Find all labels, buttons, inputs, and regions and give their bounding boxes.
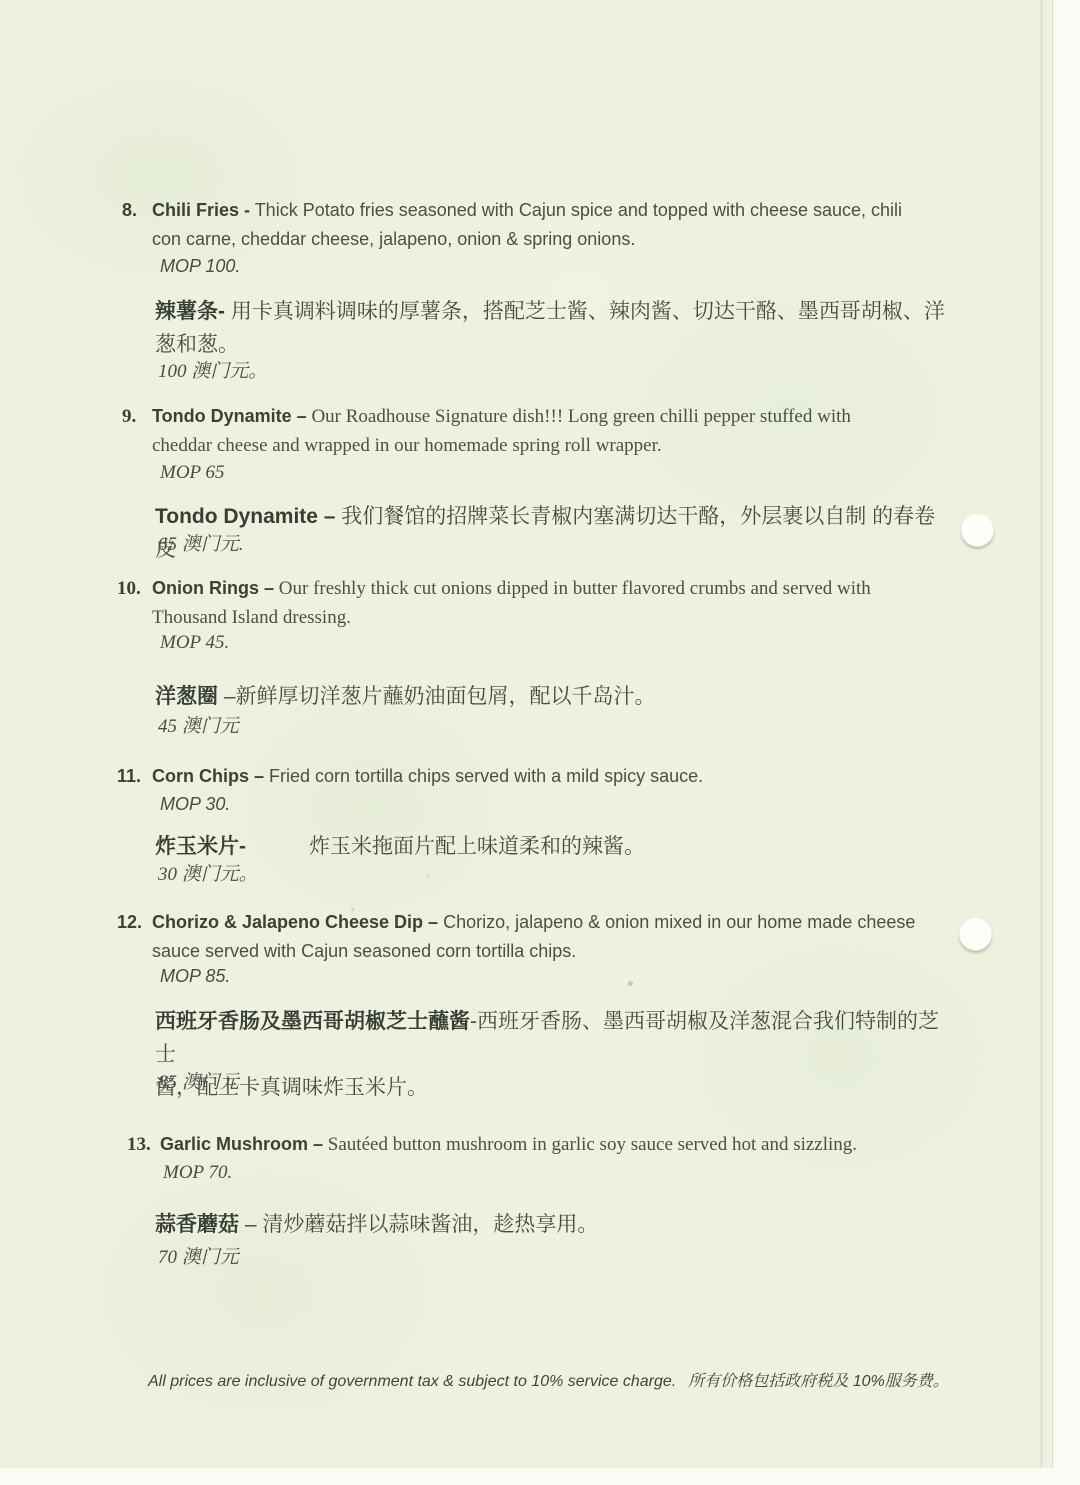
footer-note: All prices are inclusive of government t…: [148, 1368, 949, 1395]
item-price-zh: 70 澳门元: [158, 1243, 239, 1272]
item-title-zh: 炸玉米片-: [155, 835, 246, 858]
item-description-zh: – 清炒蘑菇拌以蒜味酱油，趁热享用。: [239, 1213, 598, 1236]
item-price-en: MOP 100.: [160, 252, 240, 281]
item-text-zh: Tondo Dynamite – 我们餐馆的招牌菜长青椒内塞满切达干酪，外层裹以…: [155, 500, 955, 566]
footer-note-zh: 所有价格包括政府税及 10%服务费。: [688, 1373, 948, 1390]
item-number: 11.: [117, 762, 141, 791]
paper-speck: [427, 875, 430, 878]
footer-note-en: All prices are inclusive of government t…: [148, 1373, 676, 1390]
paper-speck: [351, 908, 354, 911]
item-title: Chorizo & Jalapeno Cheese Dip –: [152, 912, 438, 932]
item-description-zh: –新鲜厚切洋葱片蘸奶油面包屑，配以千岛汁。: [218, 685, 656, 708]
item-title-zh: 西班牙香肠及墨西哥胡椒芝士蘸酱: [155, 1010, 470, 1033]
item-number: 8.: [122, 196, 137, 225]
item-text-en: Chili Fries - Thick Potato fries seasone…: [152, 196, 982, 254]
item-description-zh: 炸玉米拖面片配上味道柔和的辣酱。: [246, 835, 645, 858]
item-text-zh: 洋葱圈 –新鲜厚切洋葱片蘸奶油面包屑，配以千岛汁。: [155, 680, 955, 713]
item-number: 12.: [117, 908, 142, 937]
item-price-zh: 65 澳门元.: [158, 530, 244, 559]
item-number: 9.: [122, 402, 136, 431]
item-description: Fried corn tortilla chips served with a …: [264, 766, 703, 786]
item-text-en: Chorizo & Jalapeno Cheese Dip – Chorizo,…: [152, 908, 982, 966]
item-price-zh: 45 澳门元: [158, 712, 239, 741]
paper-speck: [628, 981, 633, 986]
item-text-en: Onion Rings – Our freshly thick cut onio…: [152, 574, 982, 632]
item-text-zh: 辣薯条- 用卡真调料调味的厚薯条，搭配芝士酱、辣肉酱、切达干酪、墨西哥胡椒、洋 …: [155, 295, 955, 361]
item-title: Corn Chips –: [152, 766, 264, 786]
item-title-zh: 蒜香蘑菇: [155, 1213, 239, 1236]
item-title: Onion Rings –: [152, 578, 274, 598]
item-text-en: Corn Chips – Fried corn tortilla chips s…: [152, 762, 982, 791]
item-text-zh: 西班牙香肠及墨西哥胡椒芝士蘸酱-西班牙香肠、墨西哥胡椒及洋葱混合我们特制的芝士 …: [155, 1005, 955, 1104]
item-title: Chili Fries -: [152, 200, 250, 220]
item-price-zh: 30 澳门元。: [158, 860, 258, 889]
item-text-en: Tondo Dynamite – Our Roadhouse Signature…: [152, 402, 982, 460]
item-text-zh: 炸玉米片- 炸玉米拖面片配上味道柔和的辣酱。: [155, 830, 955, 863]
item-title: Tondo Dynamite –: [152, 406, 307, 426]
item-description-zh: 用卡真调料调味的厚薯条，搭配芝士酱、辣肉酱、切达干酪、墨西哥胡椒、洋 葱和葱。: [155, 300, 945, 356]
item-price-en: MOP 65: [160, 458, 225, 487]
item-title-zh: 洋葱圈: [155, 685, 218, 708]
item-title: Garlic Mushroom –: [160, 1134, 323, 1154]
item-price-zh: 85 澳门元: [158, 1068, 239, 1097]
item-number: 13.: [127, 1130, 151, 1159]
item-text-zh: 蒜香蘑菇 – 清炒蘑菇拌以蒜味酱油，趁热享用。: [155, 1208, 955, 1241]
punch-hole: [959, 918, 992, 951]
item-price-en: MOP 30.: [160, 790, 230, 819]
item-description: Thick Potato fries seasoned with Cajun s…: [152, 200, 902, 249]
item-title-zh: 辣薯条-: [155, 300, 225, 323]
item-description: Sautéed button mushroom in garlic soy sa…: [323, 1134, 857, 1155]
item-price-en: MOP 45.: [160, 628, 229, 657]
page-edge-crease: [1040, 0, 1043, 1468]
punch-hole: [961, 514, 994, 547]
menu-page: 8. Chili Fries - Thick Potato fries seas…: [0, 0, 1053, 1468]
item-price-en: MOP 70.: [163, 1158, 232, 1187]
item-text-en: Garlic Mushroom – Sautéed button mushroo…: [160, 1130, 990, 1159]
item-number: 10.: [117, 574, 141, 603]
item-title-zh: Tondo Dynamite –: [155, 505, 335, 528]
item-price-en: MOP 85.: [160, 962, 230, 991]
item-price-zh: 100 澳门元。: [158, 357, 267, 386]
